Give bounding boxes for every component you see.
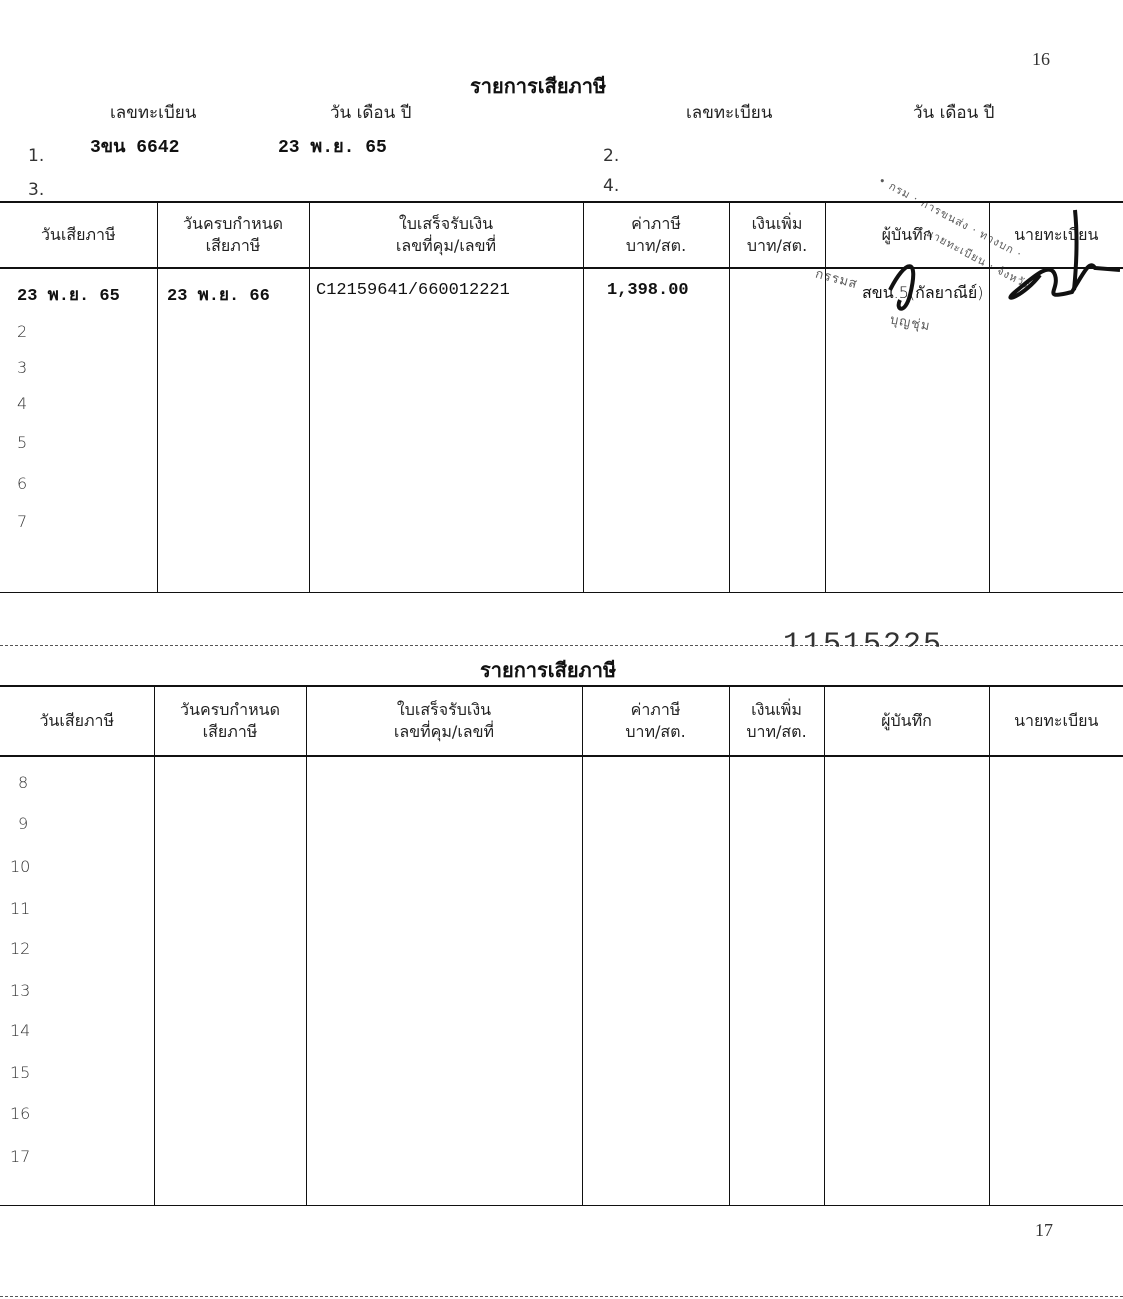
col-surcharge-2: เงินเพิ่มบาท/สต. [729, 686, 824, 756]
bottom-edge-line [0, 1296, 1123, 1297]
page-number-top: 16 [1032, 49, 1050, 70]
col-paid-date: วันเสียภาษี [0, 202, 157, 268]
left-reg-label: เลขทะเบียน [110, 99, 196, 126]
section1-title: รายการเสียภาษี [470, 70, 606, 102]
col-receipt-2: ใบเสร็จรับเงินเลขที่คุม/เลขที่ [306, 686, 582, 756]
entry-paid-date: 23 พ.ย. 65 [17, 281, 120, 308]
col-tax-2: ค่าภาษีบาท/สต. [582, 686, 729, 756]
col-due-date: วันครบกำหนดเสียภาษี [157, 202, 309, 268]
left-date-label: วัน เดือน ปี [330, 99, 411, 126]
table-body-2 [0, 756, 1123, 1205]
section2-title: รายการเสียภาษี [480, 654, 616, 686]
col-paid-date-2: วันเสียภาษี [0, 686, 154, 756]
slot-3-label: 3. [28, 180, 44, 200]
page-number-bottom: 17 [1035, 1220, 1053, 1241]
registrar-signature-icon [850, 200, 1120, 340]
slot-2-label: 2. [603, 146, 619, 166]
col-registrar-2: นายทะเบียน [989, 686, 1123, 756]
right-date-label: วัน เดือน ปี [913, 99, 994, 126]
col-due-date-2: วันครบกำหนดเสียภาษี [154, 686, 306, 756]
: 6 [17, 474, 27, 493]
entry-due-date: 23 พ.ย. 66 [167, 281, 270, 308]
col-surcharge: เงินเพิ่มบาท/สต. [729, 202, 825, 268]
col-tax: ค่าภาษีบาท/สต. [583, 202, 729, 268]
registration-number-1: 3ขน 6642 [90, 131, 179, 160]
serial-number: 11515225 [783, 628, 943, 662]
slot-1-label: 1. [28, 146, 44, 166]
col-receipt: ใบเสร็จรับเงินเลขที่คุม/เลขที่ [309, 202, 583, 268]
perforation-line [0, 645, 1123, 646]
tax-table-2: วันเสียภาษี วันครบกำหนดเสียภาษี ใบเสร็จร… [0, 685, 1123, 1206]
right-reg-label: เลขทะเบียน [686, 99, 772, 126]
col-recorder-2: ผู้บันทึก [824, 686, 989, 756]
slot-4-label: 4. [603, 176, 619, 196]
entry-receipt: C12159641/660012221 [316, 281, 510, 300]
entry-tax: 1,398.00 [607, 281, 689, 300]
registration-date-1: 23 พ.ย. 65 [278, 131, 387, 160]
